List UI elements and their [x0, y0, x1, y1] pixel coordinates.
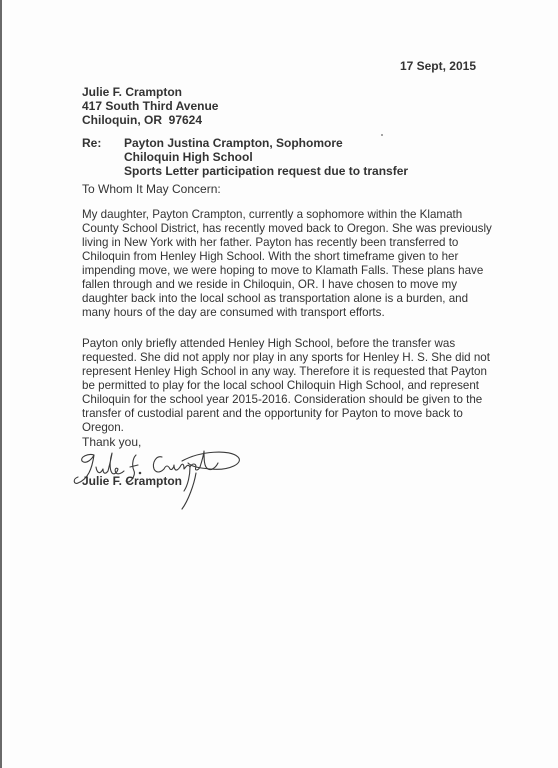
subject-line: Sports Letter participation request due … — [124, 164, 408, 178]
paragraph-line: impending move, we were hoping to move t… — [82, 264, 492, 278]
body-paragraph-2: Payton only briefly attended Henley High… — [82, 337, 492, 435]
paragraph-line: be permitted to play for the local schoo… — [82, 379, 492, 393]
subject-lines: Payton Justina Crampton, Sophomore Chilo… — [124, 136, 408, 178]
paragraph-line: requested. She did not apply nor play in… — [82, 351, 492, 365]
paragraph-line: My daughter, Payton Crampton, currently … — [82, 208, 492, 222]
subject-line: Chiloquin High School — [124, 150, 408, 164]
paragraph-line: many hours of the day are consumed with … — [82, 306, 492, 320]
sender-address-block: Julie F. Crampton 417 South Third Avenue… — [82, 85, 218, 127]
sender-name: Julie F. Crampton — [82, 85, 218, 99]
sender-address-line2: Chiloquin, OR 97624 — [82, 113, 218, 127]
letter-date: 17 Sept, 2015 — [400, 59, 476, 73]
paragraph-line: represent Henley High School in any way.… — [82, 365, 492, 379]
scanned-letter-page: 17 Sept, 2015 Julie F. Crampton 417 Sout… — [0, 0, 558, 768]
subject-block: Re: Payton Justina Crampton, Sophomore C… — [82, 136, 408, 178]
paragraph-line: Chiloquin from Henley High School. With … — [82, 250, 492, 264]
sender-address-line1: 417 South Third Avenue — [82, 99, 218, 113]
subject-label: Re: — [82, 136, 124, 178]
paragraph-line: Chiloquin for the school year 2015-2016.… — [82, 393, 492, 407]
paragraph-line: fallen through and we reside in Chiloqui… — [82, 278, 492, 292]
paragraph-line: Oregon. — [82, 421, 492, 435]
paragraph-line: Payton only briefly attended Henley High… — [82, 337, 492, 351]
scan-edge-shadow — [0, 0, 2, 768]
paragraph-line: daughter back into the local school as t… — [82, 292, 492, 306]
signer-name: Julie F. Crampton — [82, 474, 182, 488]
subject-line: Payton Justina Crampton, Sophomore — [124, 136, 408, 150]
paragraph-line: County School District, has recently mov… — [82, 222, 492, 236]
paragraph-line: living in New York with her father. Payt… — [82, 236, 492, 250]
salutation: To Whom It May Concern: — [82, 182, 221, 196]
body-paragraph-1: My daughter, Payton Crampton, currently … — [82, 208, 492, 320]
paragraph-line: transfer of custodial parent and the opp… — [82, 407, 492, 421]
